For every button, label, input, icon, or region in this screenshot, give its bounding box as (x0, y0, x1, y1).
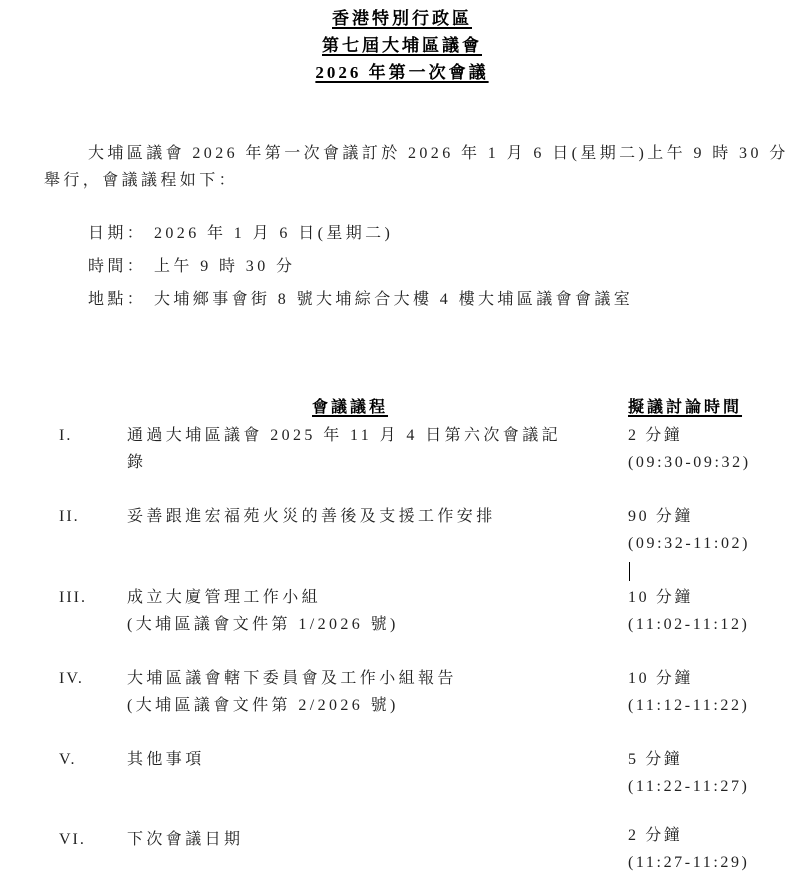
time-heading: 擬議討論時間 (628, 397, 742, 419)
item-duration: 10 分鐘 (628, 584, 750, 611)
time-label: 時間： (88, 256, 154, 278)
item-desc-line: 下次會議日期 (127, 826, 577, 853)
item-duration: 2 分鐘 (628, 422, 751, 449)
item-time: 10 分鐘 (11:02-11:12) (628, 584, 750, 638)
item-time: 2 分鐘 (11:27-11:29) (628, 822, 750, 876)
title-region: 香港特別行政區 (0, 8, 804, 30)
item-number: V. (59, 746, 77, 773)
item-number: I. (59, 422, 72, 449)
detail-venue: 地點：大埔鄉事會街 8 號大埔綜合大樓 4 樓大埔區議會會議室 (88, 289, 633, 311)
agenda-heading-text: 會議議程 (312, 399, 388, 416)
item-number: VI. (59, 826, 86, 853)
item-description: 大埔區議會轄下委員會及工作小組報告 (大埔區議會文件第 2/2026 號) (127, 665, 577, 719)
item-desc-line: 大埔區議會轄下委員會及工作小組報告 (127, 665, 577, 692)
title-meeting: 2026 年第一次會議 (0, 62, 804, 84)
title-meeting-text: 2026 年第一次會議 (315, 63, 488, 82)
item-description: 妥善跟進宏福苑火災的善後及支援工作安排 (127, 503, 577, 530)
item-description: 成立大廈管理工作小組 (大埔區議會文件第 1/2026 號) (127, 584, 577, 638)
item-duration: 2 分鐘 (628, 822, 750, 849)
title-council: 第七屆大埔區議會 (0, 35, 804, 57)
item-desc-line: (大埔區議會文件第 1/2026 號) (127, 611, 577, 638)
item-desc-line: 成立大廈管理工作小組 (127, 584, 577, 611)
item-time: 5 分鐘 (11:22-11:27) (628, 746, 750, 800)
time-value: 上午 9 時 30 分 (154, 258, 295, 275)
item-number: III. (59, 584, 87, 611)
intro-line-2: 舉行，會議議程如下： (44, 167, 238, 194)
item-time-range: (11:02-11:12) (628, 611, 750, 638)
item-time: 90 分鐘 (09:32-11:02) (628, 503, 750, 557)
item-desc-line: (大埔區議會文件第 2/2026 號) (127, 692, 577, 719)
title-region-text: 香港特別行政區 (332, 9, 472, 28)
agenda-heading: 會議議程 (312, 397, 388, 419)
venue-value: 大埔鄉事會街 8 號大埔綜合大樓 4 樓大埔區議會會議室 (154, 291, 633, 308)
intro-line-1: 大埔區議會 2026 年第一次會議訂於 2026 年 1 月 6 日(星期二)上… (88, 140, 789, 167)
item-time-range: (09:30-09:32) (628, 449, 751, 476)
item-desc-line: 錄 (127, 449, 577, 476)
item-description: 下次會議日期 (127, 826, 577, 853)
item-time-range: (11:22-11:27) (628, 773, 750, 800)
item-desc-line: 通過大埔區議會 2025 年 11 月 4 日第六次會議記 (127, 422, 577, 449)
date-label: 日期： (88, 223, 154, 245)
venue-label: 地點： (88, 289, 154, 311)
text-cursor (629, 562, 630, 581)
detail-time: 時間：上午 9 時 30 分 (88, 256, 295, 278)
document-page: 香港特別行政區 第七屆大埔區議會 2026 年第一次會議 大埔區議會 2026 … (0, 0, 804, 877)
item-number: IV. (59, 665, 84, 692)
item-desc-line: 其他事項 (127, 746, 577, 773)
item-time: 10 分鐘 (11:12-11:22) (628, 665, 750, 719)
item-time-range: (09:32-11:02) (628, 530, 750, 557)
item-time: 2 分鐘 (09:30-09:32) (628, 422, 751, 476)
date-value: 2026 年 1 月 6 日(星期二) (154, 225, 393, 242)
item-duration: 10 分鐘 (628, 665, 750, 692)
item-duration: 5 分鐘 (628, 746, 750, 773)
item-duration: 90 分鐘 (628, 503, 750, 530)
item-number: II. (59, 503, 80, 530)
title-council-text: 第七屆大埔區議會 (322, 36, 482, 55)
item-desc-line: 妥善跟進宏福苑火災的善後及支援工作安排 (127, 503, 577, 530)
item-description: 通過大埔區議會 2025 年 11 月 4 日第六次會議記 錄 (127, 422, 577, 476)
item-time-range: (11:12-11:22) (628, 692, 750, 719)
detail-date: 日期：2026 年 1 月 6 日(星期二) (88, 223, 393, 245)
item-description: 其他事項 (127, 746, 577, 773)
time-heading-text: 擬議討論時間 (628, 399, 742, 416)
item-time-range: (11:27-11:29) (628, 849, 750, 876)
